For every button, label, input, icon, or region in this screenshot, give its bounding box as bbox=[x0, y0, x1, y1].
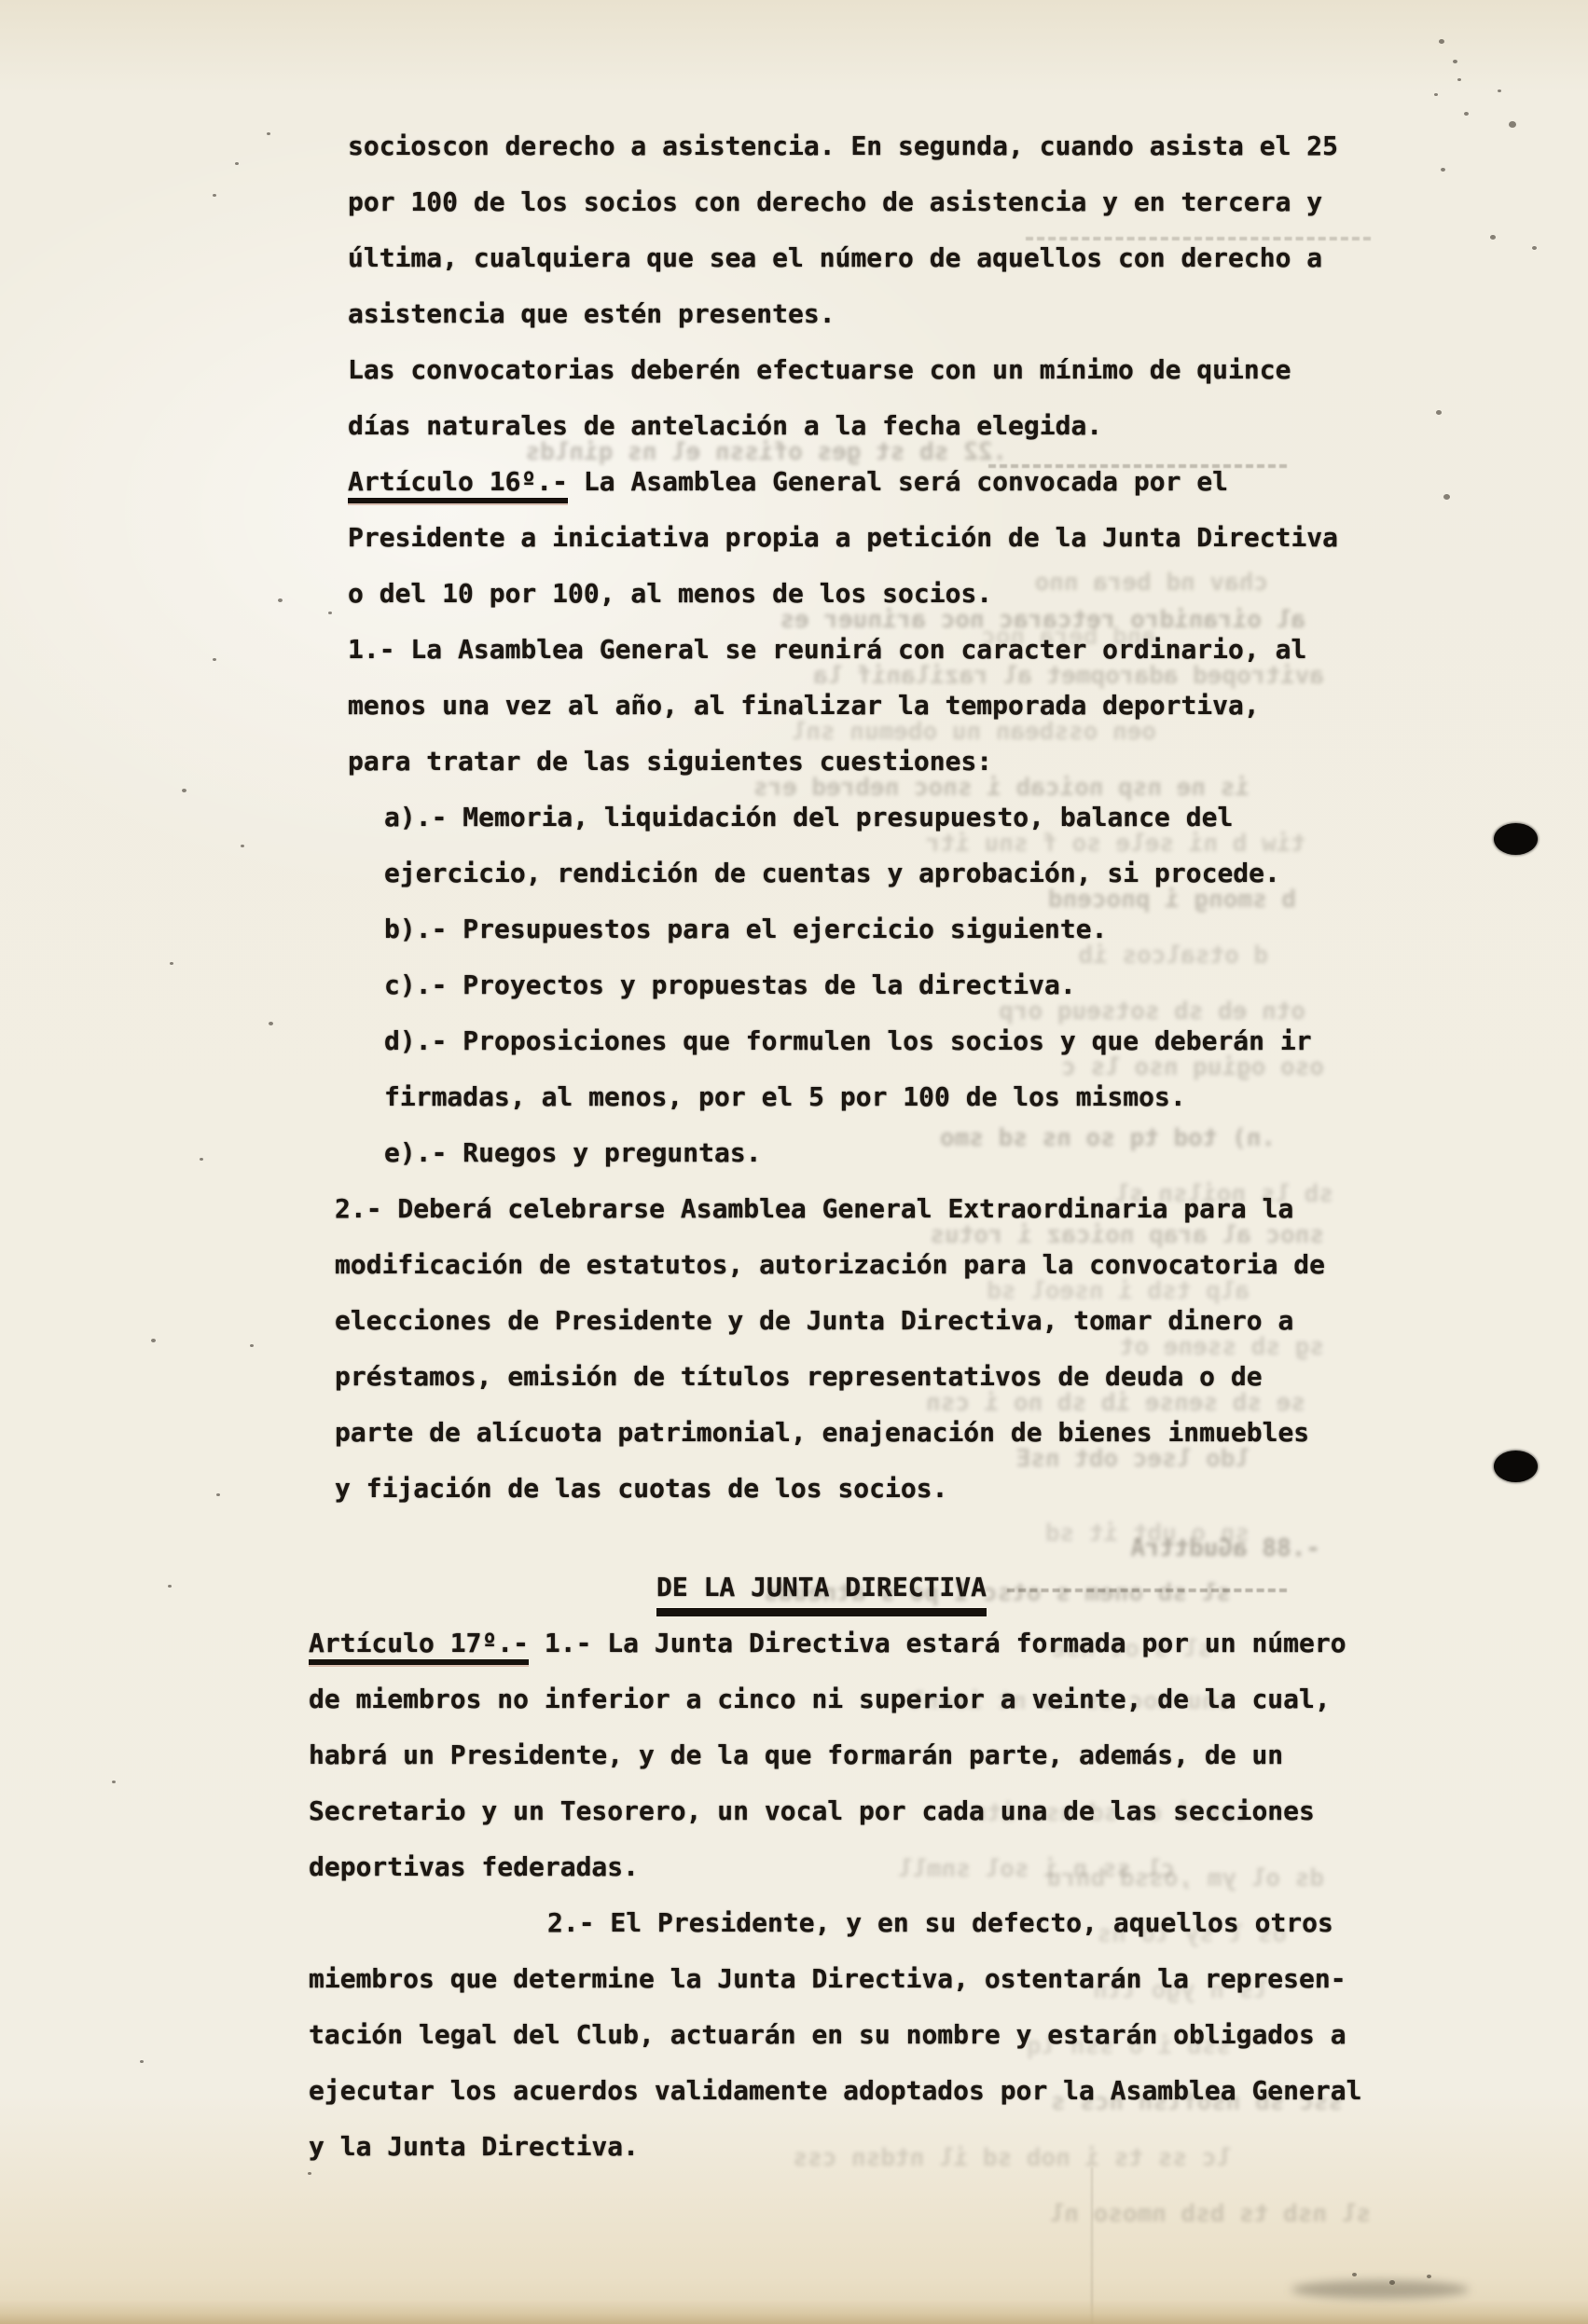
ink-speck bbox=[1439, 39, 1444, 44]
document-line: Presidente a iniciativa propia a petició… bbox=[348, 522, 1338, 554]
bleedthrough-smudge: d otsalcos ib bbox=[858, 942, 1268, 969]
document-line: miembros que determine la Junta Directiv… bbox=[309, 1963, 1346, 1995]
bleedthrough-smudge: cl ss n i sol snmll bbox=[653, 1855, 1175, 1883]
ink-speck bbox=[213, 658, 216, 661]
ink-speck bbox=[1457, 78, 1461, 81]
ink-speck bbox=[213, 194, 216, 197]
ink-speck bbox=[1441, 168, 1445, 172]
ink-speck bbox=[1498, 89, 1501, 92]
bleedthrough-smudge: al oiranidro retcarac noc arinuer es bbox=[578, 606, 1305, 634]
document-line: para tratar de las siguientes cuestiones… bbox=[348, 746, 992, 777]
bleedthrough-smudge: oso ogiuq nso ls c bbox=[821, 1053, 1324, 1081]
ink-speck bbox=[235, 162, 239, 165]
bleedthrough-smudge: snoc al arap noicaz i rotus bbox=[653, 1221, 1324, 1249]
bleedthrough-smudge: sn o ubt it sd bbox=[653, 1520, 1250, 1547]
document-line: tación legal del Club, actuarán en su no… bbox=[309, 2019, 1346, 2051]
document-line: 1.- La Asamblea General se reunirá con c… bbox=[348, 634, 1306, 666]
ink-speck bbox=[267, 132, 270, 135]
article-title-line: Artículo 16º.- La Asamblea General será … bbox=[348, 466, 1228, 498]
article-title-line: Artículo 17º.- 1.- La Junta Directiva es… bbox=[309, 1628, 1346, 1659]
article-title-underlined: Artículo 16º.- bbox=[348, 466, 568, 503]
bleedthrough-dash-line bbox=[1007, 1588, 1287, 1592]
ink-speck bbox=[269, 1022, 273, 1025]
document-line: menos una vez al año, al finalizar la te… bbox=[348, 690, 1260, 722]
ink-speck bbox=[1352, 2273, 1357, 2276]
bleedthrough-smudge: tiw b ni sele so f snu itr bbox=[597, 830, 1305, 858]
document-line: 2.- El Presidente, y en su defecto, aque… bbox=[547, 1907, 1333, 1939]
ink-speck bbox=[200, 1158, 203, 1161]
document-line: ejecutar los acuerdos validamente adopta… bbox=[309, 2075, 1361, 2107]
ink-speck bbox=[182, 789, 186, 792]
ink-speck bbox=[112, 1781, 116, 1783]
bleedthrough-smudge: avitroped adaropmet al razilanif la bbox=[578, 662, 1324, 690]
ink-speck bbox=[1436, 410, 1442, 415]
scanned-document-page: .22 sb st ges ofissn el ns qinldschav nd… bbox=[0, 0, 1588, 2324]
document-line: a).- Memoria, liquidación del presupuest… bbox=[384, 802, 1233, 833]
ink-speck bbox=[250, 1344, 254, 1347]
document-line: asistencia que estén presentes. bbox=[348, 298, 835, 330]
document-line: o del 10 por 100, al menos de los socios… bbox=[348, 578, 992, 610]
bleedthrough-smudge: chav nd bera nno bbox=[970, 569, 1268, 597]
bleedthrough-smudge: .n) tod tq so ns sd smo bbox=[903, 1124, 1276, 1152]
hole-punch-mark bbox=[1494, 1451, 1538, 1482]
page-bottom-edge bbox=[0, 2300, 1588, 2324]
bleedthrough-smudge: is ne nsp noicab i snoc nebred ers bbox=[410, 774, 1250, 802]
line-text: La Asamblea General será convocada por e… bbox=[568, 466, 1228, 497]
document-line: modificación de estatutos, autorización … bbox=[335, 1249, 1325, 1281]
ink-speck bbox=[1434, 93, 1438, 96]
document-line: 2.- Deberá celebrarse Asamblea General E… bbox=[335, 1193, 1293, 1225]
document-line: e).- Ruegos y preguntas. bbox=[384, 1137, 762, 1169]
ink-speck bbox=[308, 2172, 311, 2175]
ink-speck bbox=[278, 598, 283, 602]
ink-speck bbox=[168, 1585, 172, 1588]
line-text: 1.- La Junta Directiva estará formada po… bbox=[529, 1628, 1346, 1658]
document-line: última, cualquiera que sea el número de … bbox=[348, 242, 1322, 274]
ink-speck bbox=[1490, 235, 1496, 240]
document-line: parte de alícuota patrimonial, enajenaci… bbox=[335, 1417, 1309, 1449]
ink-speck bbox=[1509, 121, 1516, 128]
document-line: por 100 de los socios con derecho de asi… bbox=[348, 186, 1322, 218]
document-line: y fijación de las cuotas de los socios. bbox=[335, 1473, 947, 1505]
ink-speck bbox=[170, 962, 173, 965]
bleedthrough-smudge: ldo lsec obt nsE bbox=[877, 1445, 1250, 1473]
document-line: y la Junta Directiva. bbox=[309, 2131, 639, 2163]
article-title-underlined: Artículo 17º.- bbox=[309, 1628, 529, 1665]
document-line: socioscon derecho a asistencia. En segun… bbox=[348, 131, 1338, 162]
document-line: b).- Presupuestos para el ejercicio sigu… bbox=[384, 914, 1107, 945]
bleedthrough-smudge: -.88 aGudttrA bbox=[1003, 1534, 1320, 1562]
bleedthrough-smudge: b smong i pnocend bbox=[774, 886, 1296, 914]
bleedthrough-smudge: ds ol ym ,ossd bnru bbox=[802, 1864, 1324, 1892]
document-line: ejercicio, rendición de cuentas y aproba… bbox=[384, 858, 1280, 889]
bleedthrough-smudge: otn eb sb sotseuq orp bbox=[709, 997, 1305, 1025]
ink-speck bbox=[1453, 60, 1457, 63]
bleedthrough-smudge: alp tsb i nseol sd bbox=[653, 1277, 1250, 1305]
document-line: d).- Proposiciones que formulen los soci… bbox=[384, 1025, 1312, 1057]
document-line: préstamos, emisión de títulos representa… bbox=[335, 1361, 1263, 1393]
bleedthrough-smudge: oen ossbean nu obemun snl bbox=[522, 718, 1156, 746]
ink-speck bbox=[151, 1339, 156, 1342]
bleedthrough-smudge: .22 sb st ges ofissn el ns qinlds bbox=[354, 438, 1007, 466]
bleedthrough-smudge: sg sb ssene ot bbox=[839, 1333, 1324, 1361]
ink-speck bbox=[1427, 2275, 1431, 2278]
document-line: c).- Proyectos y propuestas de la direct… bbox=[384, 969, 1076, 1001]
document-line: habrá un Presidente, y de la que formará… bbox=[309, 1740, 1283, 1771]
document-line: Secretario y un Tesorero, un vocal por c… bbox=[309, 1795, 1315, 1827]
section-heading: DE LA JUNTA DIRECTIVA bbox=[656, 1572, 987, 1616]
hole-punch-mark bbox=[1494, 823, 1538, 855]
document-line: Las convocatorias deberén efectuarse con… bbox=[348, 354, 1291, 386]
ink-speck bbox=[241, 845, 244, 847]
ink-speck bbox=[1532, 246, 1537, 250]
bleedthrough-smudge: sl nsb ts bsb nmoso nl bbox=[793, 2200, 1371, 2228]
bleedthrough-dash-line bbox=[1026, 237, 1371, 241]
scan-smudge bbox=[1291, 2280, 1469, 2299]
ink-speck bbox=[216, 1493, 220, 1496]
ink-speck bbox=[1443, 494, 1450, 500]
document-line: deportivas federadas. bbox=[309, 1851, 639, 1883]
ink-speck bbox=[140, 2060, 144, 2063]
ink-speck bbox=[1464, 112, 1469, 116]
document-line: firmadas, al menos, por el 5 por 100 de … bbox=[384, 1081, 1186, 1113]
document-line: elecciones de Presidente y de Junta Dire… bbox=[335, 1305, 1293, 1337]
bleedthrough-smudge: se sb sense ib sb no i csn bbox=[653, 1389, 1305, 1417]
document-line: de miembros no inferior a cinco ni super… bbox=[309, 1684, 1331, 1715]
ink-speck bbox=[328, 612, 332, 614]
document-line: días naturales de antelación a la fecha … bbox=[348, 410, 1102, 442]
